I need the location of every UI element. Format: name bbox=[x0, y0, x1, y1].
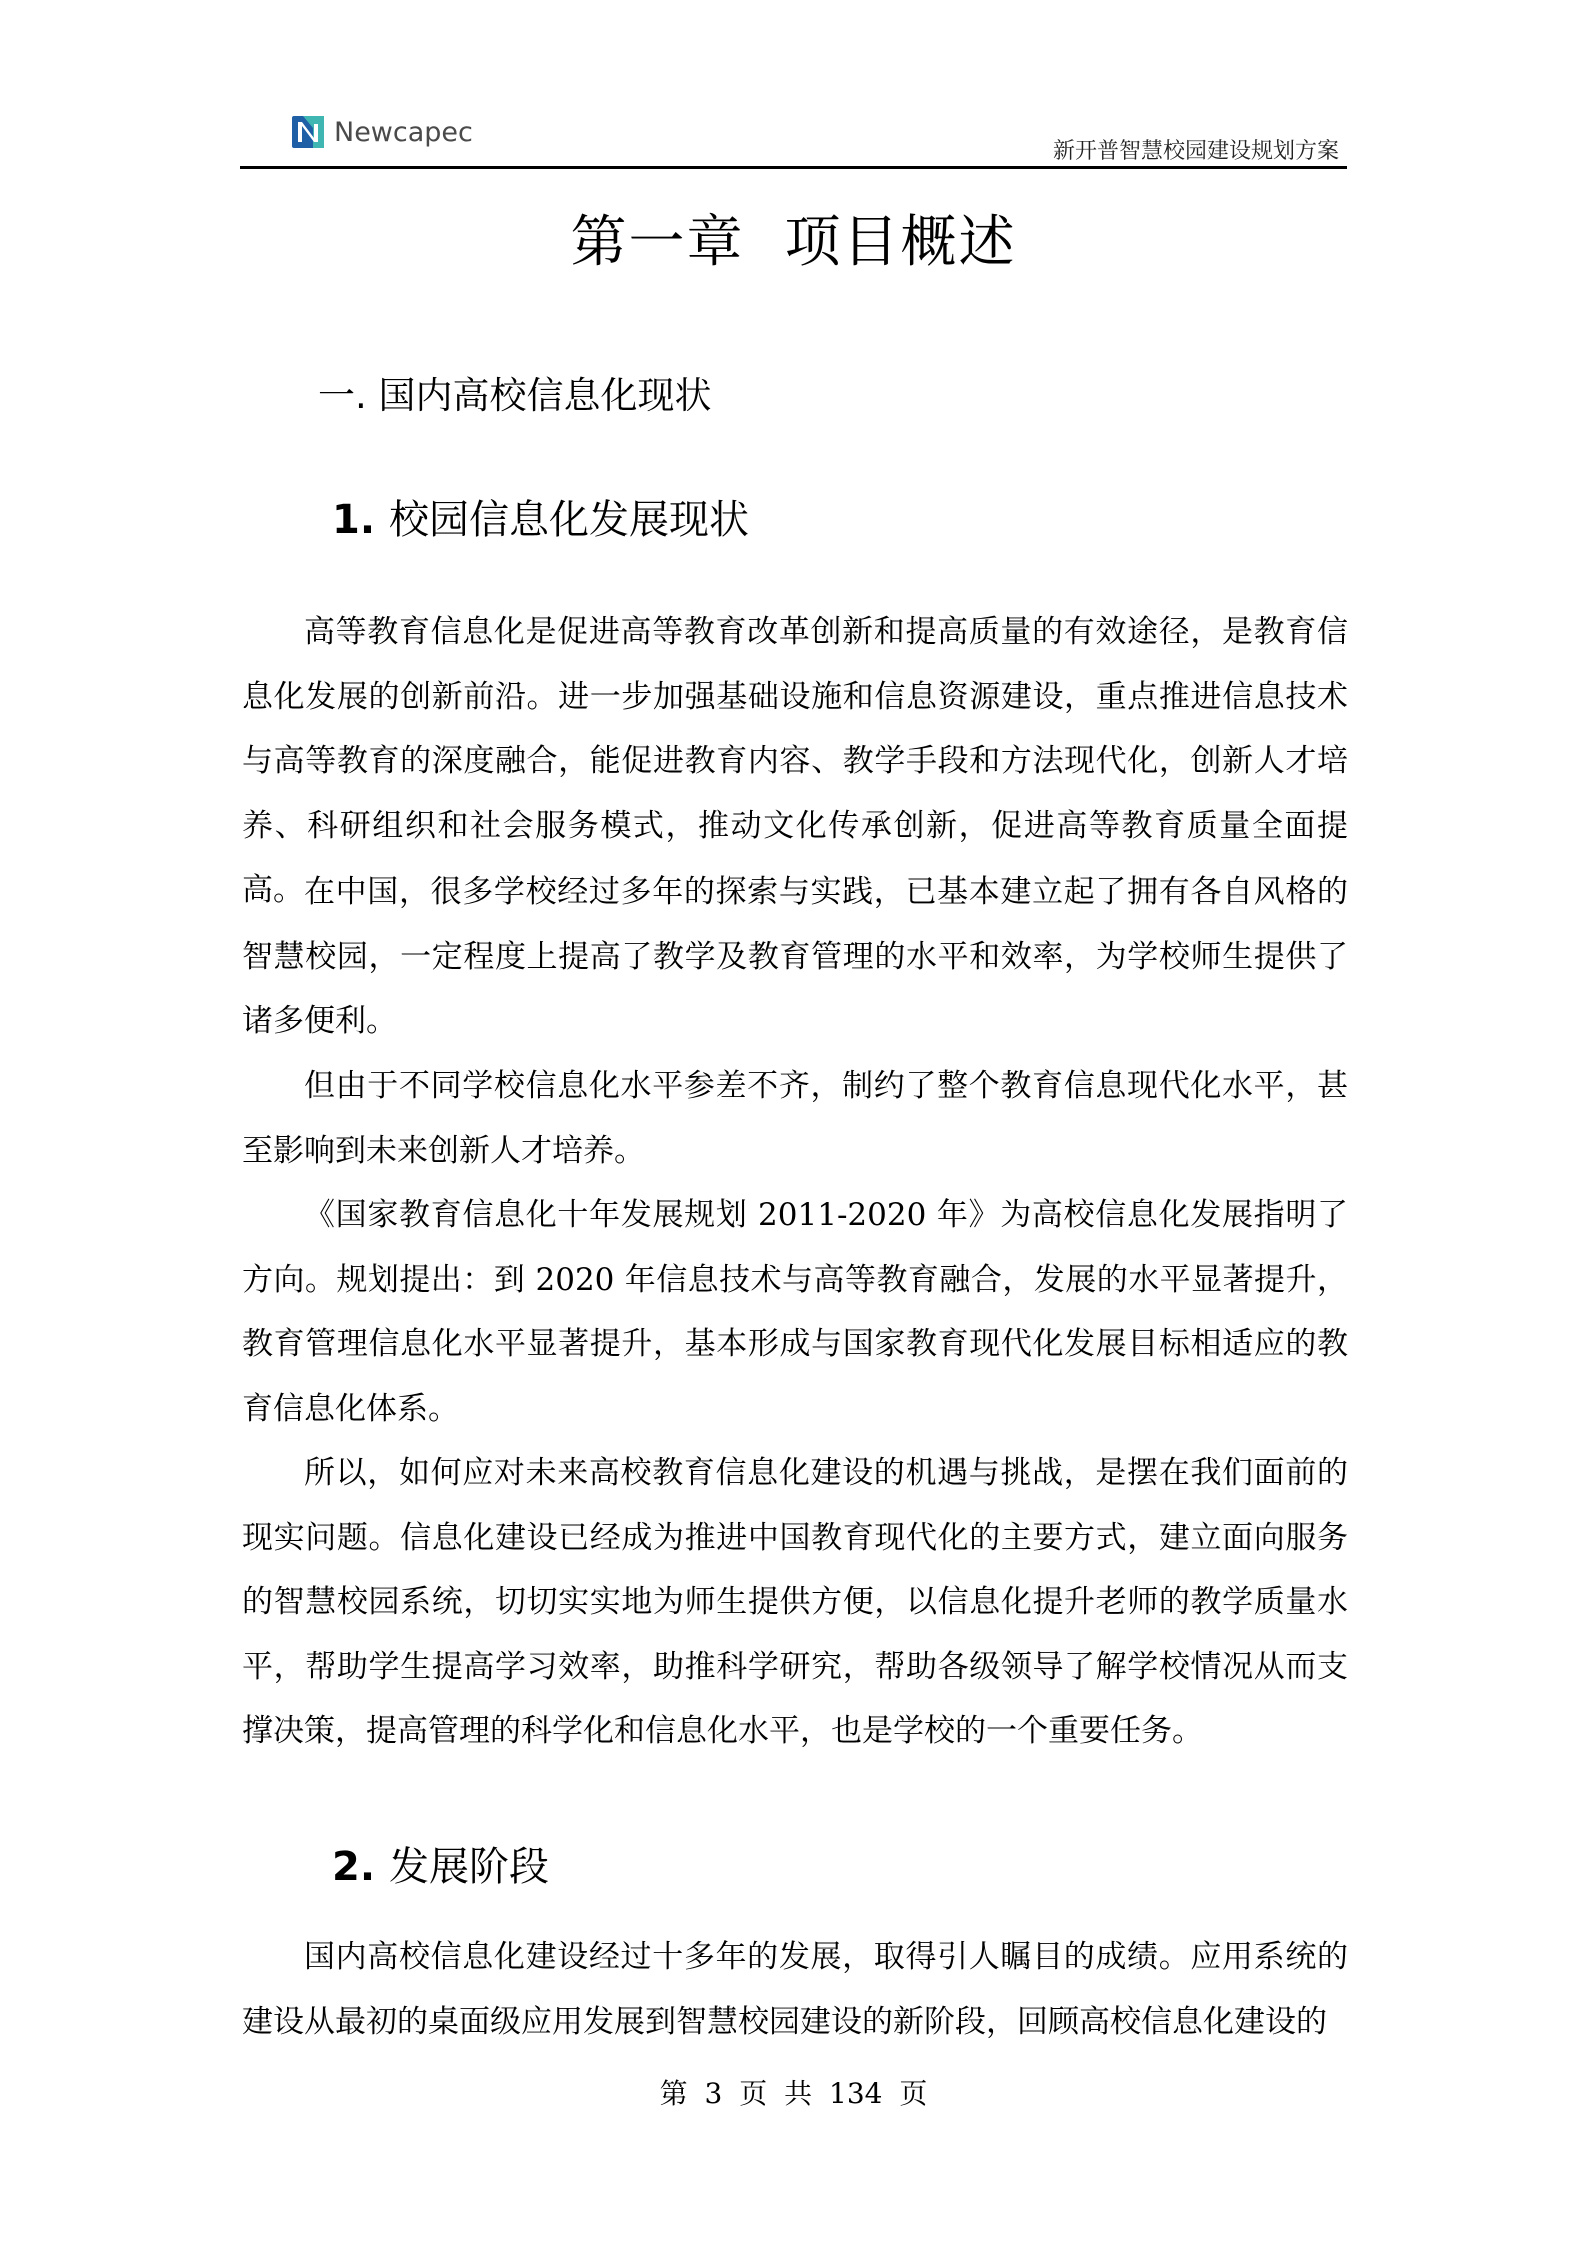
paragraph: 国内高校信息化建设经过十多年的发展，取得引人瞩目的成绩。应用系统的建设从最初的桌… bbox=[242, 1925, 1348, 2054]
chapter-label: 第一章 bbox=[571, 210, 745, 275]
company-logo: Newcapec bbox=[292, 114, 473, 150]
document-title: 新开普智慧校园建设规划方案 bbox=[1053, 134, 1339, 165]
subsection-number: 1. bbox=[332, 497, 375, 543]
page-header: Newcapec 新开普智慧校园建设规划方案 bbox=[240, 100, 1347, 168]
chapter-name: 项目概述 bbox=[785, 210, 1017, 275]
logo-text: Newcapec bbox=[334, 117, 473, 148]
section-heading: 一. 国内高校信息化现状 bbox=[318, 365, 712, 419]
subsection-number: 2. bbox=[332, 1844, 375, 1890]
subsection-title: 发展阶段 bbox=[389, 1844, 549, 1890]
header-divider bbox=[240, 166, 1347, 169]
paragraph: 所以，如何应对未来高校教育信息化建设的机遇与挑战，是摆在我们面前的现实问题。信息… bbox=[242, 1441, 1348, 1764]
newcapec-logo-icon bbox=[292, 116, 324, 148]
paragraph: 《国家教育信息化十年发展规划 2011-2020 年》为高校信息化发展指明了方向… bbox=[242, 1183, 1348, 1441]
subsection-heading: 1.校园信息化发展现状 bbox=[332, 488, 749, 545]
subsection-title: 校园信息化发展现状 bbox=[389, 497, 749, 543]
paragraph: 在中国，很多学校经过多年的探索与实践，已基本建立起了拥有各自风格的智慧校园，一定… bbox=[242, 860, 1348, 1054]
document-page: Newcapec 新开普智慧校园建设规划方案 第一章项目概述 一. 国内高校信息… bbox=[0, 0, 1587, 2245]
paragraph: 但由于不同学校信息化水平参差不齐，制约了整个教育信息现代化水平，甚至影响到未来创… bbox=[242, 1054, 1348, 1183]
subsection-heading: 2.发展阶段 bbox=[332, 1835, 549, 1892]
chapter-title: 第一章项目概述 bbox=[0, 198, 1587, 278]
page-number: 第 3 页 共 134 页 bbox=[0, 2072, 1587, 2112]
